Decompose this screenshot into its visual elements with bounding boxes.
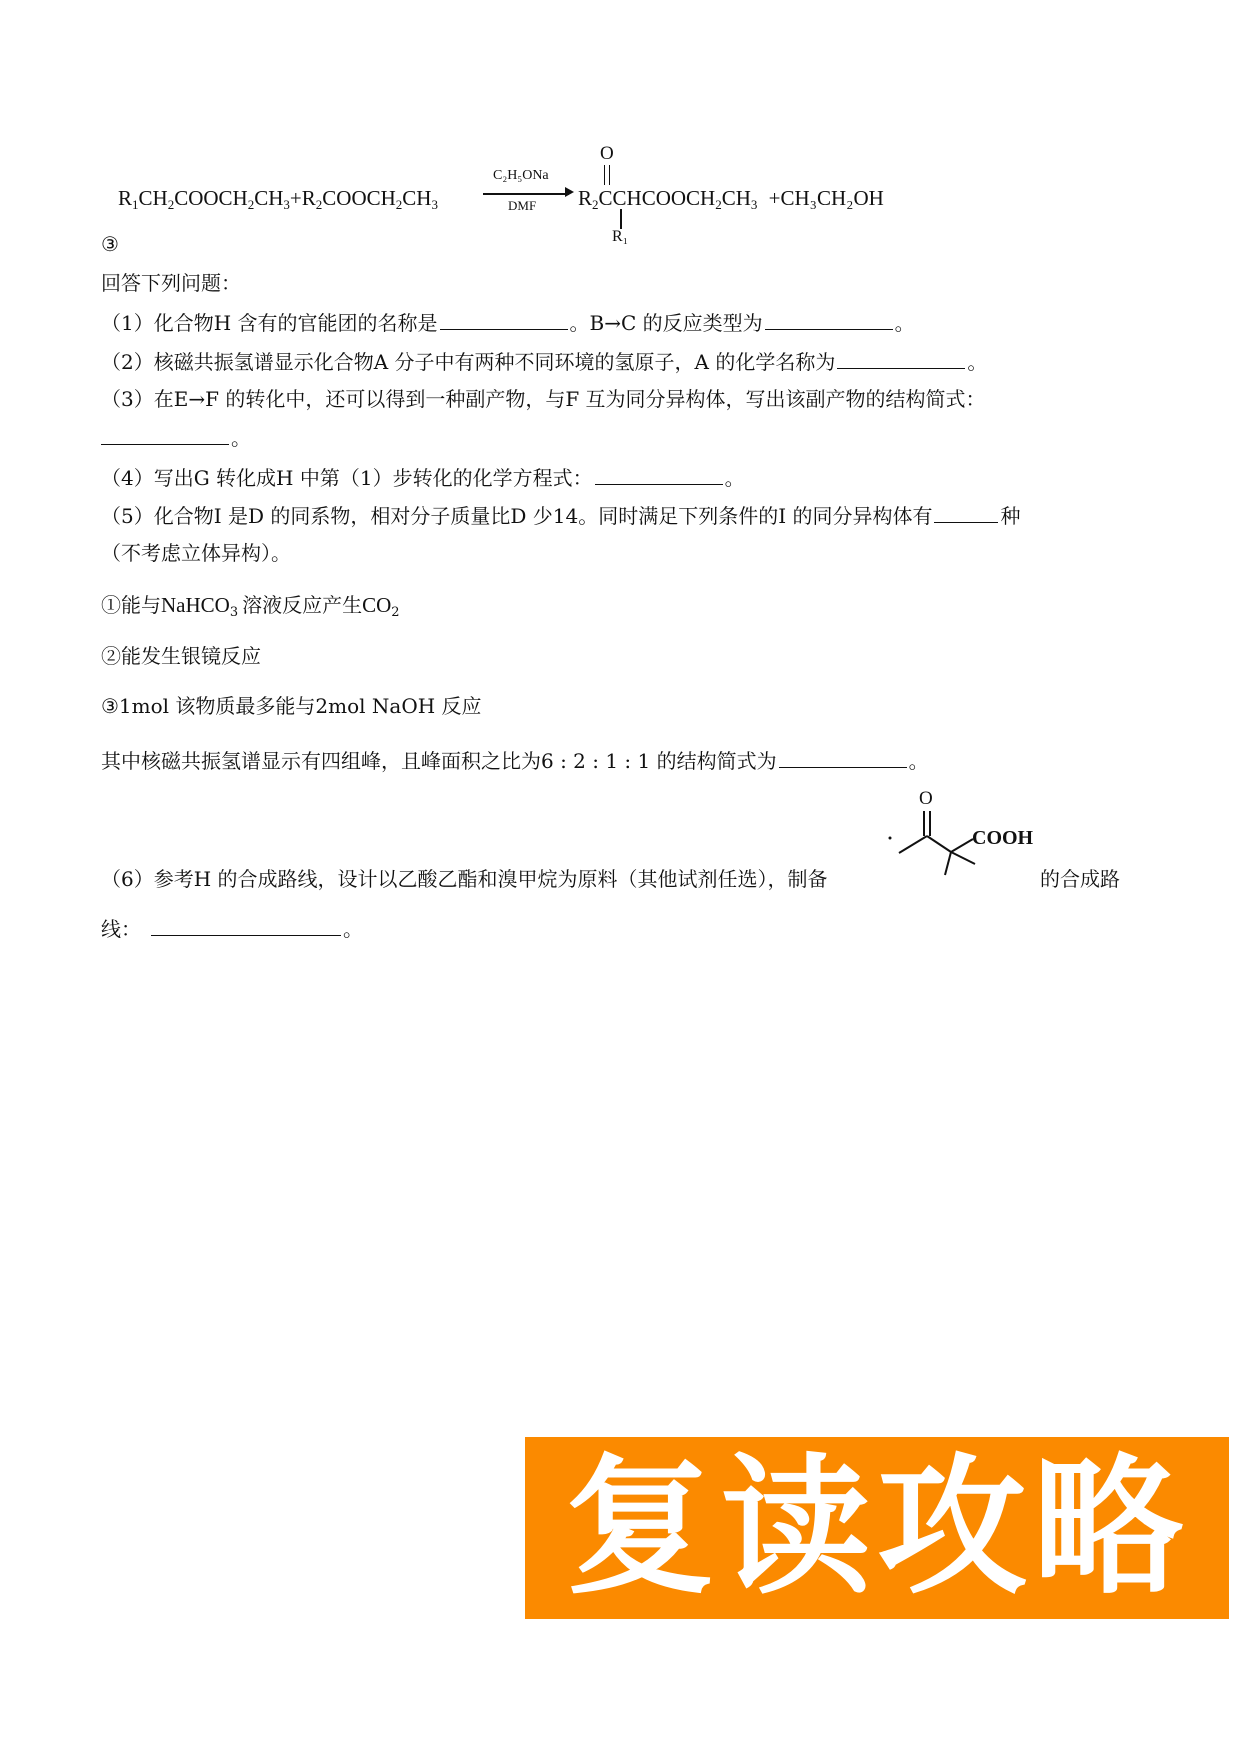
condition-3: ③1mol 该物质最多能与2mol NaOH 反应 <box>101 693 482 719</box>
arrow-line <box>483 193 569 195</box>
condition-1: ①能与NaHCO3溶液反应产生CO2 <box>101 592 400 618</box>
answer-blank-nmr[interactable] <box>779 747 907 768</box>
carbonyl-o-label: O <box>919 788 933 810</box>
plus-sign: + <box>769 186 781 210</box>
question-1: （1）化合物H 含有的官能团的名称是。B→C 的反应类型为。 <box>101 309 915 336</box>
section-intro: 回答下列问题： <box>101 270 241 296</box>
answer-blank-q6[interactable] <box>151 915 341 936</box>
question-3: （3）在E→F 的转化中，还可以得到一种副产物，与F 互为同分异构体，写出该副产… <box>101 386 986 412</box>
answer-blank-q2[interactable] <box>837 348 965 369</box>
answer-blank-q1b[interactable] <box>765 309 893 330</box>
solvent-label: DMF <box>508 198 536 214</box>
product-main: R2CCHCOOCH2CH3 <box>578 186 757 210</box>
reagent-label: C₂H₅ONa <box>493 168 549 184</box>
answer-blank-q4[interactable] <box>595 464 723 485</box>
plus-sign: + <box>290 186 302 210</box>
reactant-1: R1CH2COOCH2CH3 <box>118 186 290 210</box>
reaction-product: R2CCHCOOCH2CH3 +CH₃CH₂OH <box>578 185 884 211</box>
answer-blank-q5[interactable] <box>934 502 998 523</box>
question-2: （2）核磁共振氢谱显示化合物A 分子中有两种不同环境的氢原子，A 的化学名称为。 <box>101 348 987 375</box>
product-ethanol: CH₃CH₂OH <box>781 186 884 210</box>
carbonyl-double-bond <box>604 165 610 185</box>
substituent-r1: R₁ <box>612 228 628 246</box>
question-6: （6）参考H 的合成路线，设计以乙酸乙酯和溴甲烷为原料（其他试剂任选），制备 <box>101 866 828 892</box>
answer-blank-q1a[interactable] <box>440 309 568 330</box>
reaction-arrow: C₂H₅ONa DMF <box>483 168 575 218</box>
carbonyl-oxygen: O <box>600 143 614 165</box>
condition-2: ②能发生银镜反应 <box>101 643 261 669</box>
question-5: （5）化合物I 是D 的同系物，相对分子质量比D 少14。同时满足下列条件的I … <box>101 502 1020 529</box>
banner-text: 复读攻略 <box>565 1453 1189 1603</box>
reaction-equation: R1CH2COOCH2CH3+R2COOCH2CH3 <box>118 185 438 211</box>
question-4: （4）写出G 转化成H 中第（1）步转化的化学方程式：。 <box>101 464 745 491</box>
nmr-question: 其中核磁共振氢谱显示有四组峰，且峰面积之比为6 : 2 : 1 : 1 的结构简… <box>101 747 929 774</box>
reactant-2: R2COOCH2CH3 <box>302 186 438 210</box>
substituent-bond <box>620 209 622 229</box>
question-3-answer: 。 <box>101 424 251 451</box>
question-5-note: （不考虑立体异构）。 <box>101 540 291 566</box>
question-6-suffix: 的合成路 <box>1040 866 1120 892</box>
cooh-label: COOH <box>972 827 1033 850</box>
target-molecule-structure: O COOH <box>884 790 1044 890</box>
question-6-answer: 线：。 <box>101 915 363 942</box>
watermark-banner: 复读攻略 <box>525 1437 1229 1619</box>
equation-label: ③ <box>101 231 119 257</box>
arrow-head-icon <box>565 187 574 197</box>
answer-blank-q3[interactable] <box>101 424 229 445</box>
